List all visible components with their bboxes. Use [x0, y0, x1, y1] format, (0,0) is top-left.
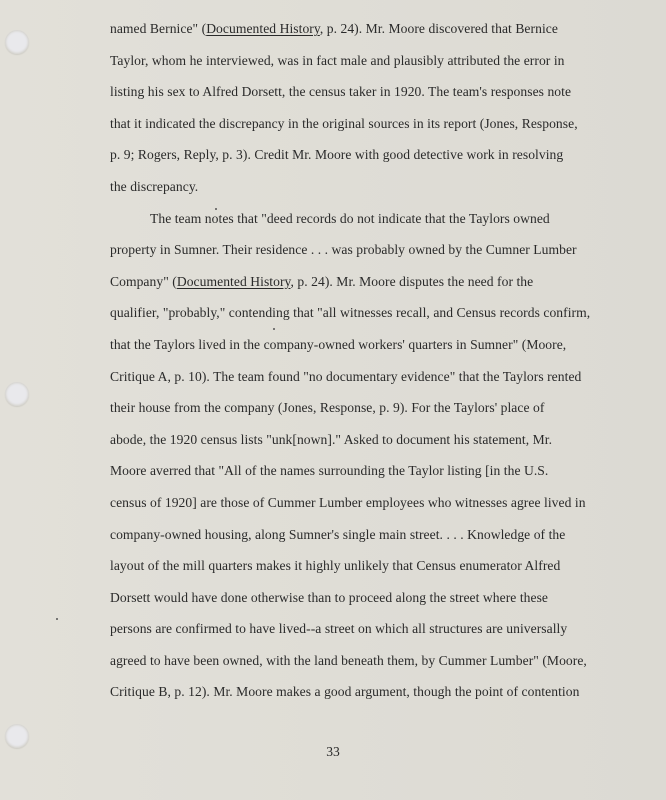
text-run: Dorsett would have done otherwise than t…: [110, 590, 548, 605]
text-run: The team notes that "deed records do not…: [150, 211, 550, 226]
text-run: , p. 24). Mr. Moore disputes the need fo…: [291, 274, 534, 289]
text-line: census of 1920] are those of Cummer Lumb…: [110, 490, 610, 522]
text-run: Taylor, whom he interviewed, was in fact…: [110, 53, 565, 68]
text-run: named Bernice" (: [110, 21, 206, 36]
paragraph: named Bernice" (Documented History, p. 2…: [110, 16, 610, 206]
text-line: Critique B, p. 12). Mr. Moore makes a go…: [110, 679, 610, 711]
text-line: p. 9; Rogers, Reply, p. 3). Credit Mr. M…: [110, 142, 610, 174]
text-line: layout of the mill quarters makes it hig…: [110, 553, 610, 585]
text-run: company-owned housing, along Sumner's si…: [110, 527, 565, 542]
punch-hole-top: [5, 30, 29, 54]
text-run: p. 9; Rogers, Reply, p. 3). Credit Mr. M…: [110, 147, 563, 162]
text-run: agreed to have been owned, with the land…: [110, 653, 587, 668]
text-line: the discrepancy.: [110, 174, 610, 206]
text-run: their house from the company (Jones, Res…: [110, 400, 544, 415]
text-line: that the Taylors lived in the company-ow…: [110, 332, 610, 364]
text-run: qualifier, "probably," contending that "…: [110, 305, 590, 320]
text-run: , p. 24). Mr. Moore discovered that Bern…: [320, 21, 558, 36]
page-number: 33: [0, 744, 666, 760]
punch-hole-middle: [5, 382, 29, 406]
text-line: their house from the company (Jones, Res…: [110, 395, 610, 427]
text-run: persons are confirmed to have lived--a s…: [110, 621, 567, 636]
text-run: Moore averred that "All of the names sur…: [110, 463, 548, 478]
paragraph: The team notes that "deed records do not…: [110, 206, 610, 712]
text-line: Critique A, p. 10). The team found "no d…: [110, 364, 610, 396]
text-line: property in Sumner. Their residence . . …: [110, 237, 610, 269]
cited-title: Documented History: [177, 274, 291, 289]
text-line: listing his sex to Alfred Dorsett, the c…: [110, 79, 610, 111]
text-run: Company" (: [110, 274, 177, 289]
text-line: Company" (Documented History, p. 24). Mr…: [110, 269, 610, 301]
text-line: Moore averred that "All of the names sur…: [110, 458, 610, 490]
text-run: the discrepancy.: [110, 179, 198, 194]
text-line: qualifier, "probably," contending that "…: [110, 300, 610, 332]
text-line: company-owned housing, along Sumner's si…: [110, 522, 610, 554]
text-run: that the Taylors lived in the company-ow…: [110, 337, 566, 352]
text-line: named Bernice" (Documented History, p. 2…: [110, 16, 610, 48]
text-line: Dorsett would have done otherwise than t…: [110, 585, 610, 617]
scan-speck: [56, 618, 58, 620]
text-run: property in Sumner. Their residence . . …: [110, 242, 577, 257]
scanned-page: named Bernice" (Documented History, p. 2…: [0, 0, 666, 800]
text-run: Critique A, p. 10). The team found "no d…: [110, 369, 581, 384]
text-run: census of 1920] are those of Cummer Lumb…: [110, 495, 586, 510]
text-run: Critique B, p. 12). Mr. Moore makes a go…: [110, 684, 579, 699]
text-line: Taylor, whom he interviewed, was in fact…: [110, 48, 610, 80]
cited-title: Documented History: [206, 21, 320, 36]
text-line: that it indicated the discrepancy in the…: [110, 111, 610, 143]
text-line: agreed to have been owned, with the land…: [110, 648, 610, 680]
text-line: abode, the 1920 census lists "unk[nown].…: [110, 427, 610, 459]
text-run: listing his sex to Alfred Dorsett, the c…: [110, 84, 571, 99]
text-line: persons are confirmed to have lived--a s…: [110, 616, 610, 648]
text-line: The team notes that "deed records do not…: [110, 206, 610, 238]
body-text: named Bernice" (Documented History, p. 2…: [110, 16, 610, 711]
text-run: abode, the 1920 census lists "unk[nown].…: [110, 432, 552, 447]
text-run: that it indicated the discrepancy in the…: [110, 116, 578, 131]
text-run: layout of the mill quarters makes it hig…: [110, 558, 560, 573]
